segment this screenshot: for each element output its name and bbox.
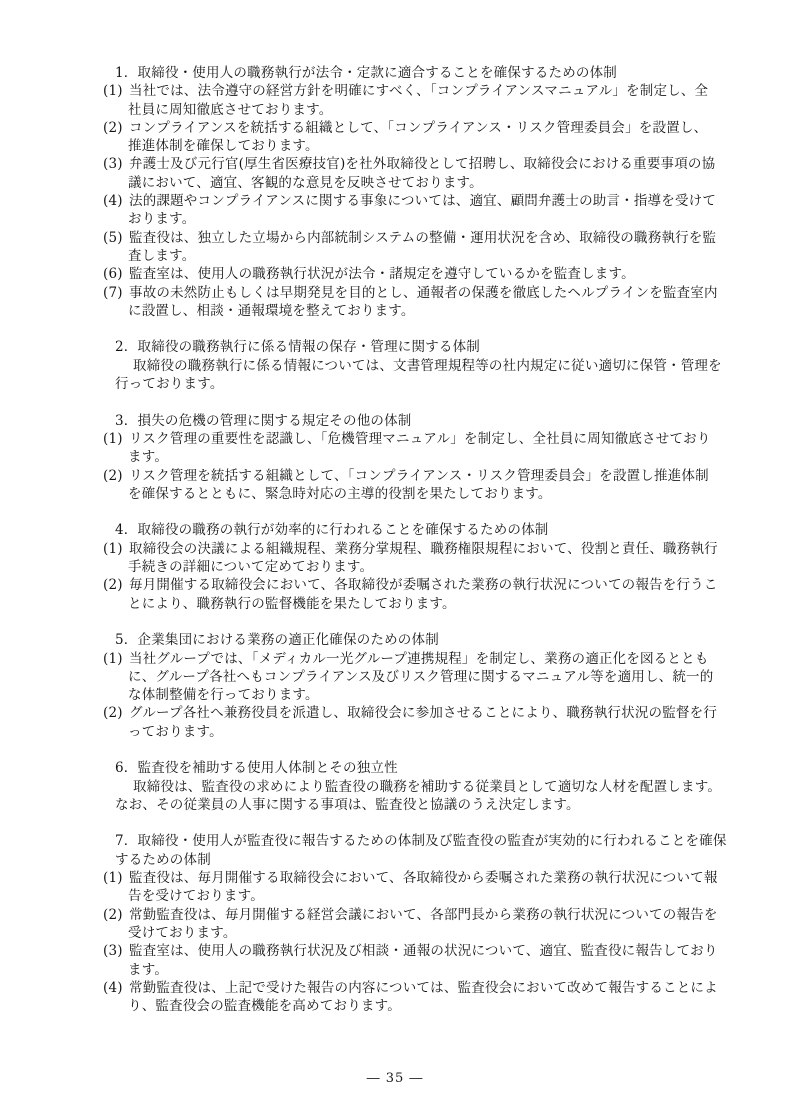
document-section: 7．取締役・使用人が監査役に報告するための体制及び監査役の監査が実効的に行われる…: [100, 832, 732, 1015]
item-continuation-line: 受けております。: [100, 924, 732, 942]
item-marker: (1): [103, 540, 129, 558]
document-section: 2．取締役の職務執行に係る情報の保存・管理に関する体制取締役の職務執行に係る情報…: [100, 338, 732, 393]
section-heading-line: 7．取締役・使用人が監査役に報告するための体制及び監査役の監査が実効的に行われる…: [100, 832, 732, 850]
document-section: 3．損失の危機の管理に関する規定その他の体制(1)リスク管理の重要性を認識し、「…: [100, 412, 732, 503]
item-text: 当社グループでは、「メディカル一光グループ連携規程」を制定し、業務の適正化を図る…: [129, 651, 709, 667]
list-item-line: (6)監査室は、使用人の職務執行状況が法令・諸規定を遵守しているかを監査します。: [100, 265, 732, 283]
paragraph-line: 取締役の職務執行に係る情報については、文書管理規程等の社内規定に従い適切に保管・…: [100, 357, 732, 375]
item-text: 監査役は、毎月開催する取締役会において、各取締役から委嘱された業務の執行状況につ…: [129, 870, 718, 886]
section-heading-line: 4．取締役の職務の執行が効率的に行われることを確保するための体制: [100, 521, 732, 539]
item-text: グループ各社へ兼務役員を派遣し、取締役会に参加させることにより、職務執行状況の監…: [129, 705, 717, 721]
document-section: 6．監査役を補助する使用人体制とその独立性取締役は、監査役の求めにより監査役の職…: [100, 759, 732, 814]
item-continuation-line: 社員に周知徹底させております。: [100, 101, 732, 119]
list-item-line: (1)当社グループでは、「メディカル一光グループ連携規程」を制定し、業務の適正化…: [100, 650, 732, 668]
item-marker: (2): [103, 467, 129, 485]
item-continuation-line: っております。: [100, 723, 732, 741]
document-body: 1．取締役・使用人の職務執行が法令・定款に適合することを確保するための体制(1)…: [100, 64, 732, 1015]
item-marker: (7): [103, 284, 129, 302]
item-marker: (3): [103, 942, 129, 960]
list-item-line: (2)毎月開催する取締役会において、各取締役が委嘱された業務の執行状況についての…: [100, 576, 732, 594]
section-heading-line: 2．取締役の職務執行に係る情報の保存・管理に関する体制: [100, 338, 732, 356]
item-marker: (1): [103, 869, 129, 887]
list-item-line: (3)監査室は、使用人の職務執行状況及び相談・通報の状況について、適宜、監査役に…: [100, 942, 732, 960]
item-continuation-line: とにより、職務執行の監督機能を果たしております。: [100, 595, 732, 613]
item-text: 法的課題やコンプライアンスに関する事象については、適宜、顧問弁護士の助言・指導を…: [129, 193, 716, 209]
paragraph-line: なお、その従業員の人事に関する事項は、監査役と協議のうえ決定します。: [100, 796, 732, 814]
list-item-line: (1)当社では、法令遵守の経営方針を明確にすべく、「コンプライアンスマニュアル」…: [100, 82, 732, 100]
item-text: 毎月開催する取締役会において、各取締役が委嘱された業務の執行状況についての報告を…: [129, 577, 718, 593]
list-item-line: (1)リスク管理の重要性を認識し、「危機管理マニュアル」を制定し、全社員に周知徹…: [100, 430, 732, 448]
section-heading-line: 3．損失の危機の管理に関する規定その他の体制: [100, 412, 732, 430]
list-item-line: (2)リスク管理を統括する組織として、「コンプライアンス・リスク管理委員会」を設…: [100, 467, 732, 485]
item-text: リスク管理の重要性を認識し、「危機管理マニュアル」を制定し、全社員に周知徹底させ…: [129, 431, 711, 447]
item-continuation-line: を確保するとともに、緊急時対応の主導的役割を果たしております。: [100, 485, 732, 503]
item-marker: (2): [103, 576, 129, 594]
item-continuation-line: り、監査役会の監査機能を高めております。: [100, 997, 732, 1015]
section-heading-line: 1．取締役・使用人の職務執行が法令・定款に適合することを確保するための体制: [100, 64, 732, 82]
list-item-line: (2)コンプライアンスを統括する組織として、「コンプライアンス・リスク管理委員会…: [100, 119, 732, 137]
list-item-line: (2)常勤監査役は、毎月開催する経営会議において、各部門長から業務の執行状況につ…: [100, 906, 732, 924]
section-heading-line: 5．企業集団における業務の適正化確保のための体制: [100, 631, 732, 649]
item-text: 取締役会の決議による組織規程、業務分掌規程、職務権限規程において、役割と責任、職…: [129, 541, 718, 557]
item-continuation-line: に設置し、相談・通報環境を整えております。: [100, 302, 732, 320]
list-item-line: (4)法的課題やコンプライアンスに関する事象については、適宜、顧問弁護士の助言・…: [100, 192, 732, 210]
item-text: 監査室は、使用人の職務執行状況及び相談・通報の状況について、適宜、監査役に報告し…: [129, 943, 718, 959]
item-continuation-line: 手続きの詳細について定めております。: [100, 558, 732, 576]
item-marker: (3): [103, 155, 129, 173]
item-continuation-line: な体制整備を行っております。: [100, 686, 732, 704]
section-heading-line: するための体制: [100, 851, 732, 869]
document-section: 4．取締役の職務の執行が効率的に行われることを確保するための体制(1)取締役会の…: [100, 521, 732, 612]
item-continuation-line: おります。: [100, 210, 732, 228]
item-marker: (4): [103, 979, 129, 997]
item-text: コンプライアンスを統括する組織として、「コンプライアンス・リスク管理委員会」を設…: [129, 120, 707, 136]
item-marker: (4): [103, 192, 129, 210]
item-marker: (2): [103, 119, 129, 137]
document-section: 1．取締役・使用人の職務執行が法令・定款に適合することを確保するための体制(1)…: [100, 64, 732, 320]
list-item-line: (1)監査役は、毎月開催する取締役会において、各取締役から委嘱された業務の執行状…: [100, 869, 732, 887]
document-page: 1．取締役・使用人の職務執行が法令・定款に適合することを確保するための体制(1)…: [0, 0, 790, 1118]
page-number: ― 35 ―: [0, 1071, 790, 1086]
item-marker: (6): [103, 265, 129, 283]
section-heading-line: 6．監査役を補助する使用人体制とその独立性: [100, 759, 732, 777]
item-text: 事故の未然防止もしくは早期発見を目的とし、通報者の保護を徹底したヘルプラインを監…: [129, 285, 718, 301]
item-marker: (5): [103, 229, 129, 247]
item-text: 弁護士及び元行官(厚生省医療技官)を社外取締役として招聘し、取締役会における重要…: [129, 156, 715, 172]
document-section: 5．企業集団における業務の適正化確保のための体制(1)当社グループでは、「メディ…: [100, 631, 732, 741]
list-item-line: (2)グループ各社へ兼務役員を派遣し、取締役会に参加させることにより、職務執行状…: [100, 704, 732, 722]
item-text: 常勤監査役は、上記で受けた報告の内容については、監査役会において改めて報告するこ…: [129, 980, 718, 996]
item-text: 監査役は、独立した立場から内部統制システムの整備・運用状況を含め、取締役の職務執…: [129, 230, 716, 246]
item-marker: (2): [103, 906, 129, 924]
item-text: 常勤監査役は、毎月開催する経営会議において、各部門長から業務の執行状況についての…: [129, 907, 718, 923]
item-marker: (1): [103, 82, 129, 100]
item-marker: (1): [103, 430, 129, 448]
list-item-line: (3)弁護士及び元行官(厚生省医療技官)を社外取締役として招聘し、取締役会におけ…: [100, 155, 732, 173]
item-continuation-line: 推進体制を確保しております。: [100, 137, 732, 155]
item-marker: (2): [103, 704, 129, 722]
list-item-line: (1)取締役会の決議による組織規程、業務分掌規程、職務権限規程において、役割と責…: [100, 540, 732, 558]
list-item-line: (4)常勤監査役は、上記で受けた報告の内容については、監査役会において改めて報告…: [100, 979, 732, 997]
item-text: 当社では、法令遵守の経営方針を明確にすべく、「コンプライアンスマニュアル」を制定…: [129, 83, 708, 99]
item-text: リスク管理を統括する組織として、「コンプライアンス・リスク管理委員会」を設置し推…: [129, 468, 709, 484]
item-continuation-line: 告を受けております。: [100, 887, 732, 905]
paragraph-line: 行っております。: [100, 375, 732, 393]
list-item-line: (5)監査役は、独立した立場から内部統制システムの整備・運用状況を含め、取締役の…: [100, 229, 732, 247]
item-continuation-line: 議において、適宜、客観的な意見を反映させております。: [100, 174, 732, 192]
item-marker: (1): [103, 650, 129, 668]
item-text: 監査室は、使用人の職務執行状況が法令・諸規定を遵守しているかを監査します。: [129, 266, 635, 282]
item-continuation-line: ます。: [100, 961, 732, 979]
item-continuation-line: 査します。: [100, 247, 732, 265]
list-item-line: (7)事故の未然防止もしくは早期発見を目的とし、通報者の保護を徹底したヘルプライ…: [100, 284, 732, 302]
item-continuation-line: に、グループ各社へもコンプライアンス及びリスク管理に関するマニュアル等を適用し、…: [100, 668, 732, 686]
item-continuation-line: ます。: [100, 448, 732, 466]
paragraph-line: 取締役は、監査役の求めにより監査役の職務を補助する従業員として適切な人材を配置し…: [100, 778, 732, 796]
